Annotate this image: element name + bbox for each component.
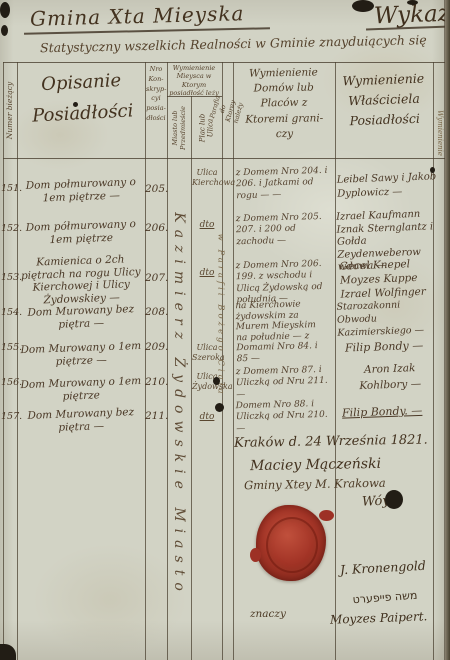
borders-cell: z Domem Nro 204. i 206. i Jatkami od rog… (236, 166, 331, 202)
conscription-number: 206. (145, 222, 166, 234)
house-description: Dom Murowany o 1em piętrze — (20, 340, 143, 369)
borders-cell: na Kierchowie żydowskim za Murem Mieyski… (235, 299, 331, 365)
borders-cell: z Domem Nro 205. 207. i 200 od zachodu — (236, 212, 331, 248)
house-description: Dom połmurowany o 1em piętrze — (20, 176, 143, 205)
header-parafia: Parafia do Ktorey należy (216, 62, 238, 158)
house-description: Dom Murowany bez piętra — (20, 303, 143, 332)
conscription-number: 209. (145, 341, 166, 353)
signatory-name: Maciey Mączeński (250, 456, 381, 474)
signatory-title: Gminy Xtey M. Krakowa (244, 476, 386, 492)
conscription-number: 205. (145, 183, 166, 195)
wax-seal-drip (250, 548, 261, 562)
ink-blot (1, 25, 8, 36)
header-opisanie: Opisanie Posiadłości (20, 65, 143, 132)
dateline: Kraków d. 24 Września 1821. (234, 432, 450, 451)
hebrew-signature: משה פייפערט (340, 588, 431, 607)
house-description: Kamienica o 2ch piętrach na rogu Ulicy K… (19, 253, 143, 308)
owner-cell: Starozakonni Obwodu Kazimierskiego — (336, 298, 437, 340)
conscription-number: 207. (145, 272, 166, 284)
owner-cell: Filip Bondy. — (342, 403, 437, 419)
row-number: 155. (1, 342, 17, 353)
page-edge-shadow (445, 0, 450, 660)
ink-blot (73, 102, 78, 107)
borders-cell: Domem Nro 88. i Uliczką od Nru 210. — (236, 399, 331, 435)
ink-blot (0, 2, 10, 18)
row-number: 152. (1, 223, 17, 234)
wax-seal-drip (319, 510, 334, 521)
row-number: 151. (1, 183, 17, 194)
street-cell: Ulica Szeroka (192, 343, 222, 362)
ink-blot (0, 644, 16, 660)
wax-seal-ring (266, 517, 318, 573)
owner-cell: Leibel Sawy i Jakob Dyplowicz — (337, 170, 438, 200)
conscription-number: 210. (145, 376, 166, 388)
grid-line (145, 62, 146, 660)
house-description: Dom półmurowany o 1em piętrze (20, 218, 143, 247)
ink-blot (385, 490, 403, 509)
district-vertical-note: Kazimierz Żydowskie Miasto (166, 165, 191, 645)
page-edge-line (444, 0, 445, 660)
house-description: Dom Murowany bez piętra — (20, 406, 143, 435)
header-numer: Numer bieżący (3, 64, 17, 156)
house-description: Dom Murowany o 1em piętrze (20, 375, 143, 404)
header-granice: Wymienienie Domów lub Placów z Ktoremi g… (237, 65, 330, 143)
street-cell: dto (192, 220, 222, 231)
row-number: 156. (1, 377, 17, 388)
street-cell: dto (192, 268, 222, 279)
street-cell: Ulica Kierchowa (192, 168, 222, 187)
header-bottom-rule (3, 158, 450, 159)
ink-blot (352, 0, 374, 12)
grid-line (17, 62, 18, 660)
header-miejsce-group: Wymienienie Mieysca w Ktorym posiadłość … (168, 64, 220, 98)
row-number: 157. (1, 411, 17, 422)
owner-cell: Aron Izak Kohlbory — (344, 360, 435, 395)
conscription-number: 208. (145, 306, 166, 318)
row-number: 153. (1, 272, 17, 283)
row-number: 154. (1, 307, 17, 318)
grid-line (335, 62, 336, 660)
ink-blot (430, 167, 435, 173)
scanned-register-page: Gmina Xta Mieyska Wykaz Statystyczny wsz… (0, 0, 450, 660)
attest-name: Moyzes Paipert. (330, 609, 428, 626)
owner-cell: Gecel Knepel Moyzes Kuppe Izrael Wolfing… (339, 256, 436, 302)
document-title: Gmina Xta Mieyska (30, 1, 245, 31)
document-subtitle: Statystyczny wszelkich Realności w Gmini… (40, 32, 450, 56)
header-miasto: Miasto lub Przedmieście (167, 98, 191, 158)
conscription-number: 211. (145, 410, 166, 422)
header-wlasciciel: Wymienienie Właściciela Posiadłości (336, 68, 432, 131)
owner-cell: Filip Bondy — (345, 338, 435, 354)
header-konskrypcya: Nro Kon- skryp- cyi posia- dłości (146, 65, 166, 124)
ink-blot (215, 403, 224, 412)
witness-signature: J. Kronengold (340, 558, 427, 577)
ink-blot (213, 377, 220, 385)
ink-blot (407, 0, 418, 5)
borders-cell: z Domem Nro 87. i Uliczką od Nru 211. — (236, 365, 331, 401)
street-cell: dto (192, 412, 222, 423)
attest-word: znaczy (250, 608, 286, 620)
